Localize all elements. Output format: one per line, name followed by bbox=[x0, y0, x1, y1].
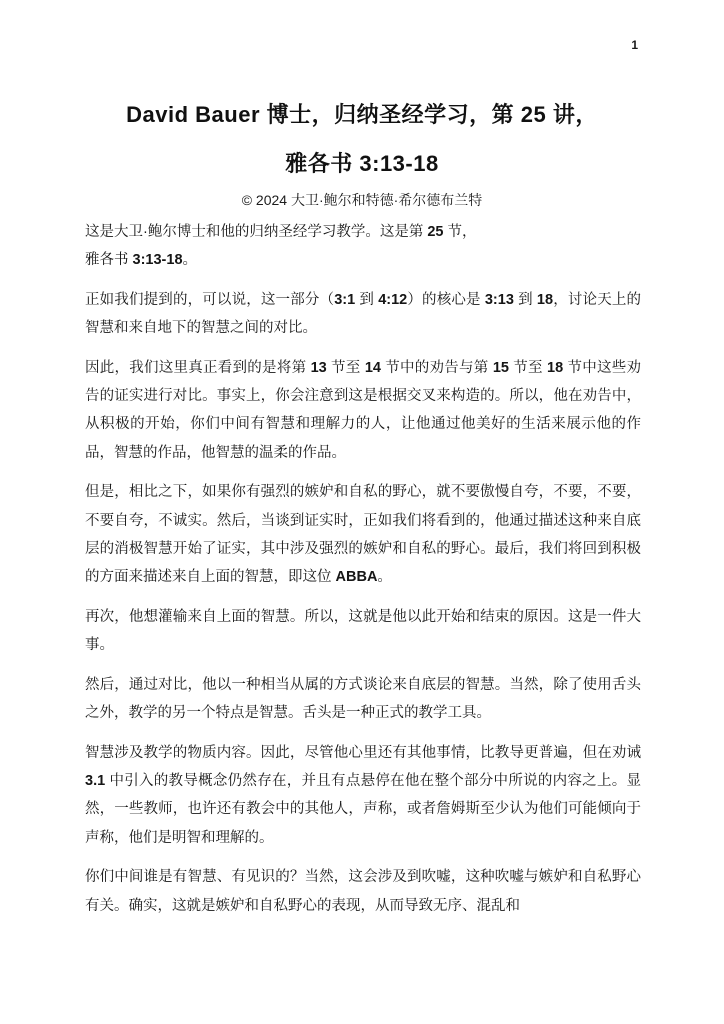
paragraph: 这是大卫·鲍尔博士和他的归纳圣经学习教学。这是第 25 节，雅各书 3:13-1… bbox=[85, 218, 641, 275]
title-line-2: 雅各书 3:13-18 bbox=[0, 139, 724, 188]
paragraph: 智慧涉及教学的物质内容。因此，尽管他心里还有其他事情，比教导更普遍，但在劝诫 3… bbox=[85, 739, 641, 853]
document-title: David Bauer 博士，归纳圣经学习，第 25 讲， 雅各书 3:13-1… bbox=[0, 90, 724, 188]
page-number: 1 bbox=[631, 38, 638, 52]
paragraph: 正如我们提到的，可以说，这一部分（3:1 到 4:12）的核心是 3:13 到 … bbox=[85, 286, 641, 343]
document-body: 这是大卫·鲍尔博士和他的归纳圣经学习教学。这是第 25 节，雅各书 3:13-1… bbox=[85, 218, 641, 931]
paragraph: 因此，我们这里真正看到的是将第 13 节至 14 节中的劝告与第 15 节至 1… bbox=[85, 354, 641, 468]
paragraph: 然后，通过对比，他以一种相当从属的方式谈论来自底层的智慧。当然，除了使用舌头之外… bbox=[85, 671, 641, 728]
paragraph: 再次，他想灌输来自上面的智慧。所以，这就是他以此开始和结束的原因。这是一件大事。 bbox=[85, 603, 641, 660]
title-line-1: David Bauer 博士，归纳圣经学习，第 25 讲， bbox=[0, 90, 724, 139]
document-header: David Bauer 博士，归纳圣经学习，第 25 讲， 雅各书 3:13-1… bbox=[0, 90, 724, 210]
document-page: 1 David Bauer 博士，归纳圣经学习，第 25 讲， 雅各书 3:13… bbox=[0, 0, 724, 1024]
paragraph: 但是，相比之下，如果你有强烈的嫉妒和自私的野心，就不要傲慢自夸，不要，不要，不要… bbox=[85, 478, 641, 592]
copyright-line: © 2024 大卫·鲍尔和特德·希尔德布兰特 bbox=[0, 190, 724, 210]
paragraph: 你们中间谁是有智慧、有见识的？当然，这会涉及到吹嘘，这种吹嘘与嫉妒和自私野心有关… bbox=[85, 863, 641, 920]
